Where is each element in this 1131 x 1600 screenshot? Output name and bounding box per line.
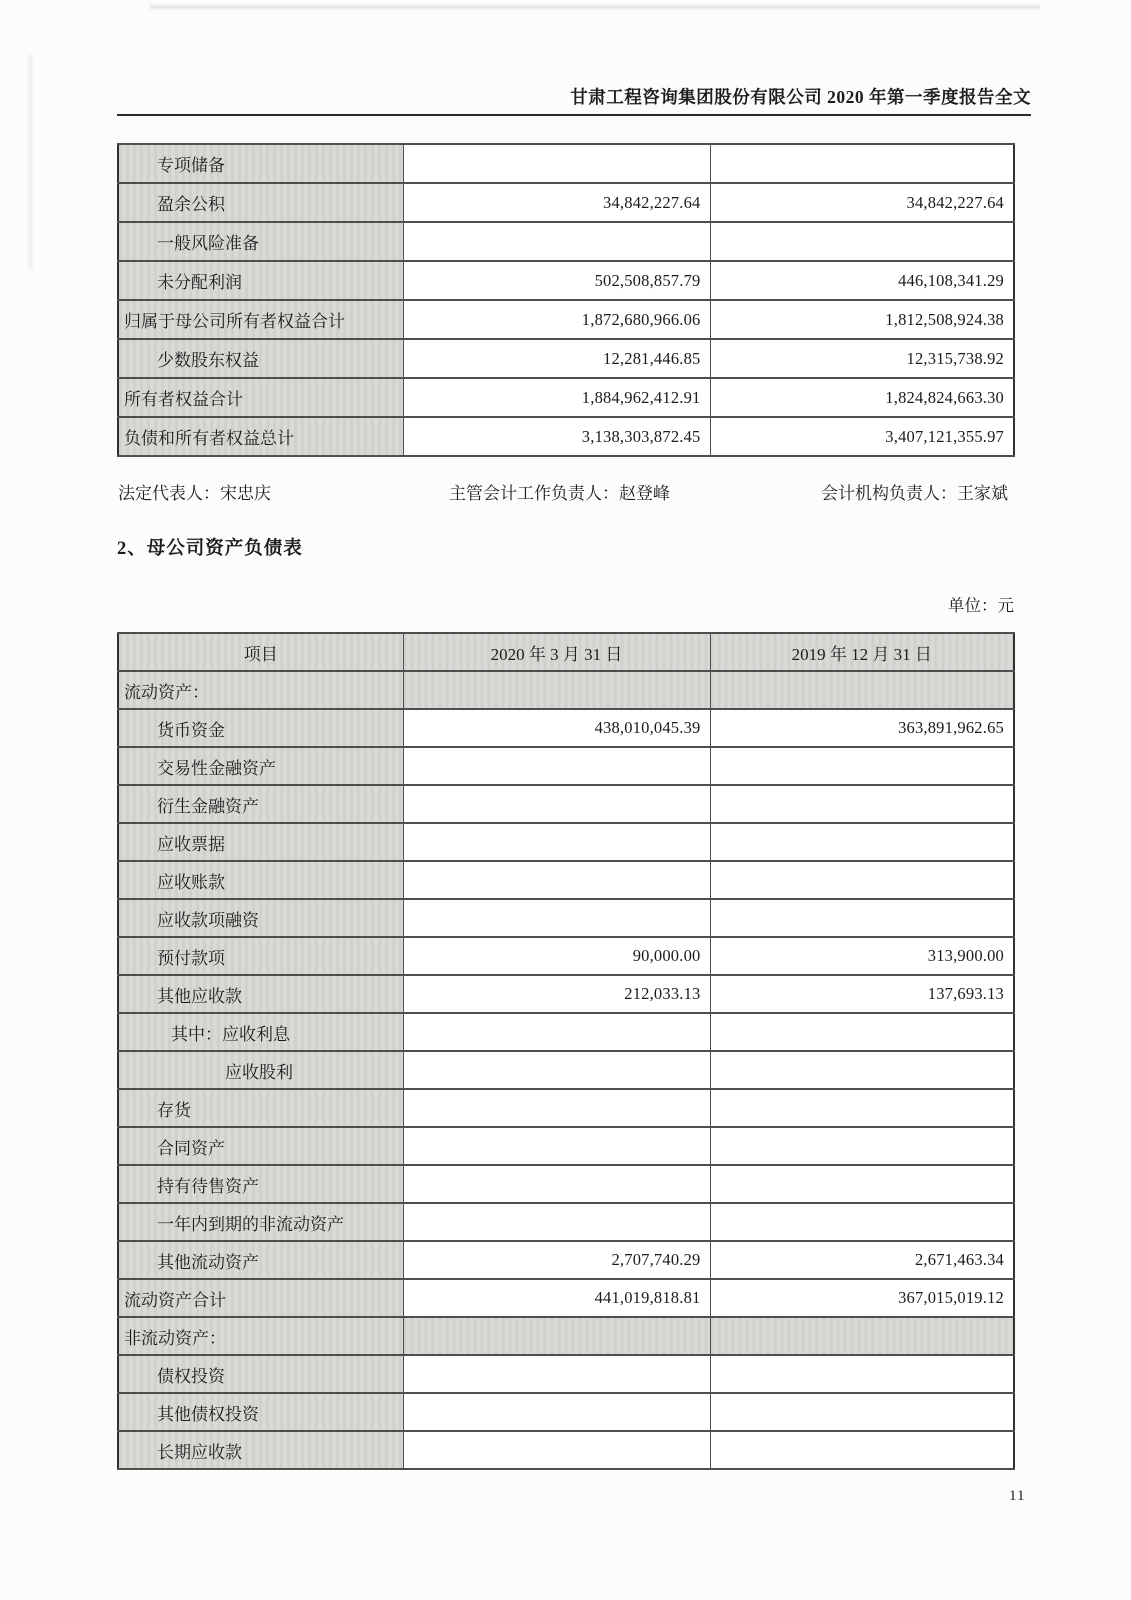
table-row: 衍生金融资产 xyxy=(118,785,1014,823)
value-cell-prior: 313,900.00 xyxy=(710,937,1014,975)
value-cell-prior xyxy=(710,1127,1014,1165)
item-label-cell: 少数股东权益 xyxy=(118,339,403,378)
section-row: 流动资产： xyxy=(118,671,1014,709)
value-cell-current: 3,138,303,872.45 xyxy=(403,417,710,456)
value-cell-prior xyxy=(710,1317,1014,1355)
value-cell-prior xyxy=(710,671,1014,709)
table-row: 应收账款 xyxy=(118,861,1014,899)
item-label-cell: 应收账款 xyxy=(118,861,403,899)
value-cell-current xyxy=(403,823,710,861)
value-cell-current: 34,842,227.64 xyxy=(403,183,710,222)
value-cell-prior xyxy=(710,1165,1014,1203)
item-label-cell: 其他流动资产 xyxy=(118,1241,403,1279)
table-row: 负债和所有者权益总计3,138,303,872.453,407,121,355.… xyxy=(118,417,1014,456)
table-row: 债权投资 xyxy=(118,1355,1014,1393)
value-cell-prior xyxy=(710,823,1014,861)
item-label-cell: 流动资产合计 xyxy=(118,1279,403,1317)
item-label-cell: 负债和所有者权益总计 xyxy=(118,417,403,456)
table-row: 其他应收款212,033.13137,693.13 xyxy=(118,975,1014,1013)
value-cell-current xyxy=(403,1355,710,1393)
value-cell-prior xyxy=(710,1089,1014,1127)
value-cell-current xyxy=(403,1317,710,1355)
value-cell-current xyxy=(403,1051,710,1089)
value-cell-prior: 367,015,019.12 xyxy=(710,1279,1014,1317)
item-label-cell: 非流动资产： xyxy=(118,1317,403,1355)
table-row: 流动资产合计441,019,818.81367,015,019.12 xyxy=(118,1279,1014,1317)
value-cell-prior xyxy=(710,1393,1014,1431)
table-row: 盈余公积34,842,227.6434,842,227.64 xyxy=(118,183,1014,222)
value-cell-current xyxy=(403,1089,710,1127)
table-row: 应收股利 xyxy=(118,1051,1014,1089)
value-cell-current xyxy=(403,222,710,261)
item-label-cell: 债权投资 xyxy=(118,1355,403,1393)
table-row: 少数股东权益12,281,446.8512,315,738.92 xyxy=(118,339,1014,378)
item-label-cell: 持有待售资产 xyxy=(118,1165,403,1203)
column-header-prior-period: 2019 年 12 月 31 日 xyxy=(710,633,1014,671)
table-row: 所有者权益合计1,884,962,412.911,824,824,663.30 xyxy=(118,378,1014,417)
item-label-cell: 归属于母公司所有者权益合计 xyxy=(118,300,403,339)
table-row: 合同资产 xyxy=(118,1127,1014,1165)
value-cell-current: 441,019,818.81 xyxy=(403,1279,710,1317)
item-label-cell: 应收股利 xyxy=(118,1051,403,1089)
item-label-cell: 其中：应收利息 xyxy=(118,1013,403,1051)
table-row: 交易性金融资产 xyxy=(118,747,1014,785)
item-label-cell: 其他债权投资 xyxy=(118,1393,403,1431)
value-cell-prior: 446,108,341.29 xyxy=(710,261,1014,300)
value-cell-prior xyxy=(710,861,1014,899)
item-label-cell: 一般风险准备 xyxy=(118,222,403,261)
table-row: 持有待售资产 xyxy=(118,1165,1014,1203)
value-cell-prior xyxy=(710,1013,1014,1051)
equity-table: 专项储备盈余公积34,842,227.6434,842,227.64一般风险准备… xyxy=(117,143,1015,457)
item-label-cell: 合同资产 xyxy=(118,1127,403,1165)
table-row: 应收票据 xyxy=(118,823,1014,861)
value-cell-current xyxy=(403,785,710,823)
page-number: 11 xyxy=(1009,1488,1025,1505)
value-cell-current xyxy=(403,1431,710,1469)
item-label-cell: 衍生金融资产 xyxy=(118,785,403,823)
value-cell-prior xyxy=(710,1431,1014,1469)
value-cell-current: 12,281,446.85 xyxy=(403,339,710,378)
value-cell-prior: 137,693.13 xyxy=(710,975,1014,1013)
value-cell-prior: 34,842,227.64 xyxy=(710,183,1014,222)
value-cell-current: 1,872,680,966.06 xyxy=(403,300,710,339)
table-header-row: 项目 2020 年 3 月 31 日 2019 年 12 月 31 日 xyxy=(118,633,1014,671)
value-cell-current xyxy=(403,1127,710,1165)
value-cell-current xyxy=(403,1013,710,1051)
header-divider xyxy=(117,114,1031,116)
value-cell-current: 90,000.00 xyxy=(403,937,710,975)
accounting-org-head-label: 会计机构负责人：王家斌 xyxy=(821,479,1008,504)
value-cell-current xyxy=(403,1393,710,1431)
value-cell-current xyxy=(403,1203,710,1241)
table-row: 长期应收款 xyxy=(118,1431,1014,1469)
table-row: 专项储备 xyxy=(118,144,1014,183)
item-label-cell: 应收票据 xyxy=(118,823,403,861)
table-row: 存货 xyxy=(118,1089,1014,1127)
unit-label: 单位：元 xyxy=(948,592,1014,616)
table-row: 其他债权投资 xyxy=(118,1393,1014,1431)
value-cell-current: 2,707,740.29 xyxy=(403,1241,710,1279)
item-label-cell: 预付款项 xyxy=(118,937,403,975)
value-cell-prior: 363,891,962.65 xyxy=(710,709,1014,747)
value-cell-prior xyxy=(710,785,1014,823)
table-row: 其中：应收利息 xyxy=(118,1013,1014,1051)
value-cell-current: 502,508,857.79 xyxy=(403,261,710,300)
value-cell-current xyxy=(403,1165,710,1203)
value-cell-current xyxy=(403,671,710,709)
item-label-cell: 货币资金 xyxy=(118,709,403,747)
value-cell-prior: 1,812,508,924.38 xyxy=(710,300,1014,339)
value-cell-current xyxy=(403,861,710,899)
balance-sheet-table: 项目 2020 年 3 月 31 日 2019 年 12 月 31 日 流动资产… xyxy=(117,632,1015,1470)
item-label-cell: 所有者权益合计 xyxy=(118,378,403,417)
table-row: 一般风险准备 xyxy=(118,222,1014,261)
value-cell-prior: 1,824,824,663.30 xyxy=(710,378,1014,417)
value-cell-current xyxy=(403,144,710,183)
value-cell-current xyxy=(403,899,710,937)
value-cell-current: 212,033.13 xyxy=(403,975,710,1013)
item-label-cell: 盈余公积 xyxy=(118,183,403,222)
table-row: 预付款项90,000.00313,900.00 xyxy=(118,937,1014,975)
item-label-cell: 其他应收款 xyxy=(118,975,403,1013)
item-label-cell: 存货 xyxy=(118,1089,403,1127)
item-label-cell: 未分配利润 xyxy=(118,261,403,300)
value-cell-prior xyxy=(710,144,1014,183)
value-cell-prior xyxy=(710,1355,1014,1393)
column-header-item: 项目 xyxy=(118,633,403,671)
value-cell-current: 438,010,045.39 xyxy=(403,709,710,747)
item-label-cell: 流动资产： xyxy=(118,671,403,709)
page-header-title: 甘肃工程咨询集团股份有限公司 2020 年第一季度报告全文 xyxy=(117,84,1031,109)
item-label-cell: 专项储备 xyxy=(118,144,403,183)
section-title: 2、母公司资产负债表 xyxy=(117,534,303,560)
scan-artifact xyxy=(29,55,32,270)
table-row: 未分配利润502,508,857.79446,108,341.29 xyxy=(118,261,1014,300)
item-label-cell: 一年内到期的非流动资产 xyxy=(118,1203,403,1241)
value-cell-prior: 3,407,121,355.97 xyxy=(710,417,1014,456)
legal-representative-label: 法定代表人：宋忠庆 xyxy=(118,479,271,504)
value-cell-prior xyxy=(710,1203,1014,1241)
item-label-cell: 长期应收款 xyxy=(118,1431,403,1469)
value-cell-current xyxy=(403,747,710,785)
value-cell-prior xyxy=(710,222,1014,261)
table-row: 归属于母公司所有者权益合计1,872,680,966.061,812,508,9… xyxy=(118,300,1014,339)
section-row: 非流动资产： xyxy=(118,1317,1014,1355)
value-cell-current: 1,884,962,412.91 xyxy=(403,378,710,417)
column-header-current-period: 2020 年 3 月 31 日 xyxy=(403,633,710,671)
table-row: 一年内到期的非流动资产 xyxy=(118,1203,1014,1241)
signature-row: 法定代表人：宋忠庆 主管会计工作负责人：赵登峰 会计机构负责人：王家斌 xyxy=(118,479,1014,503)
scan-artifact xyxy=(150,5,1040,9)
table-row: 应收款项融资 xyxy=(118,899,1014,937)
value-cell-prior xyxy=(710,747,1014,785)
table-row: 其他流动资产2,707,740.292,671,463.34 xyxy=(118,1241,1014,1279)
item-label-cell: 交易性金融资产 xyxy=(118,747,403,785)
value-cell-prior: 12,315,738.92 xyxy=(710,339,1014,378)
item-label-cell: 应收款项融资 xyxy=(118,899,403,937)
accounting-head-label: 主管会计工作负责人：赵登峰 xyxy=(449,479,670,504)
report-page: 甘肃工程咨询集团股份有限公司 2020 年第一季度报告全文 专项储备盈余公积34… xyxy=(0,0,1131,1600)
value-cell-prior xyxy=(710,1051,1014,1089)
value-cell-prior xyxy=(710,899,1014,937)
table-row: 货币资金438,010,045.39363,891,962.65 xyxy=(118,709,1014,747)
value-cell-prior: 2,671,463.34 xyxy=(710,1241,1014,1279)
